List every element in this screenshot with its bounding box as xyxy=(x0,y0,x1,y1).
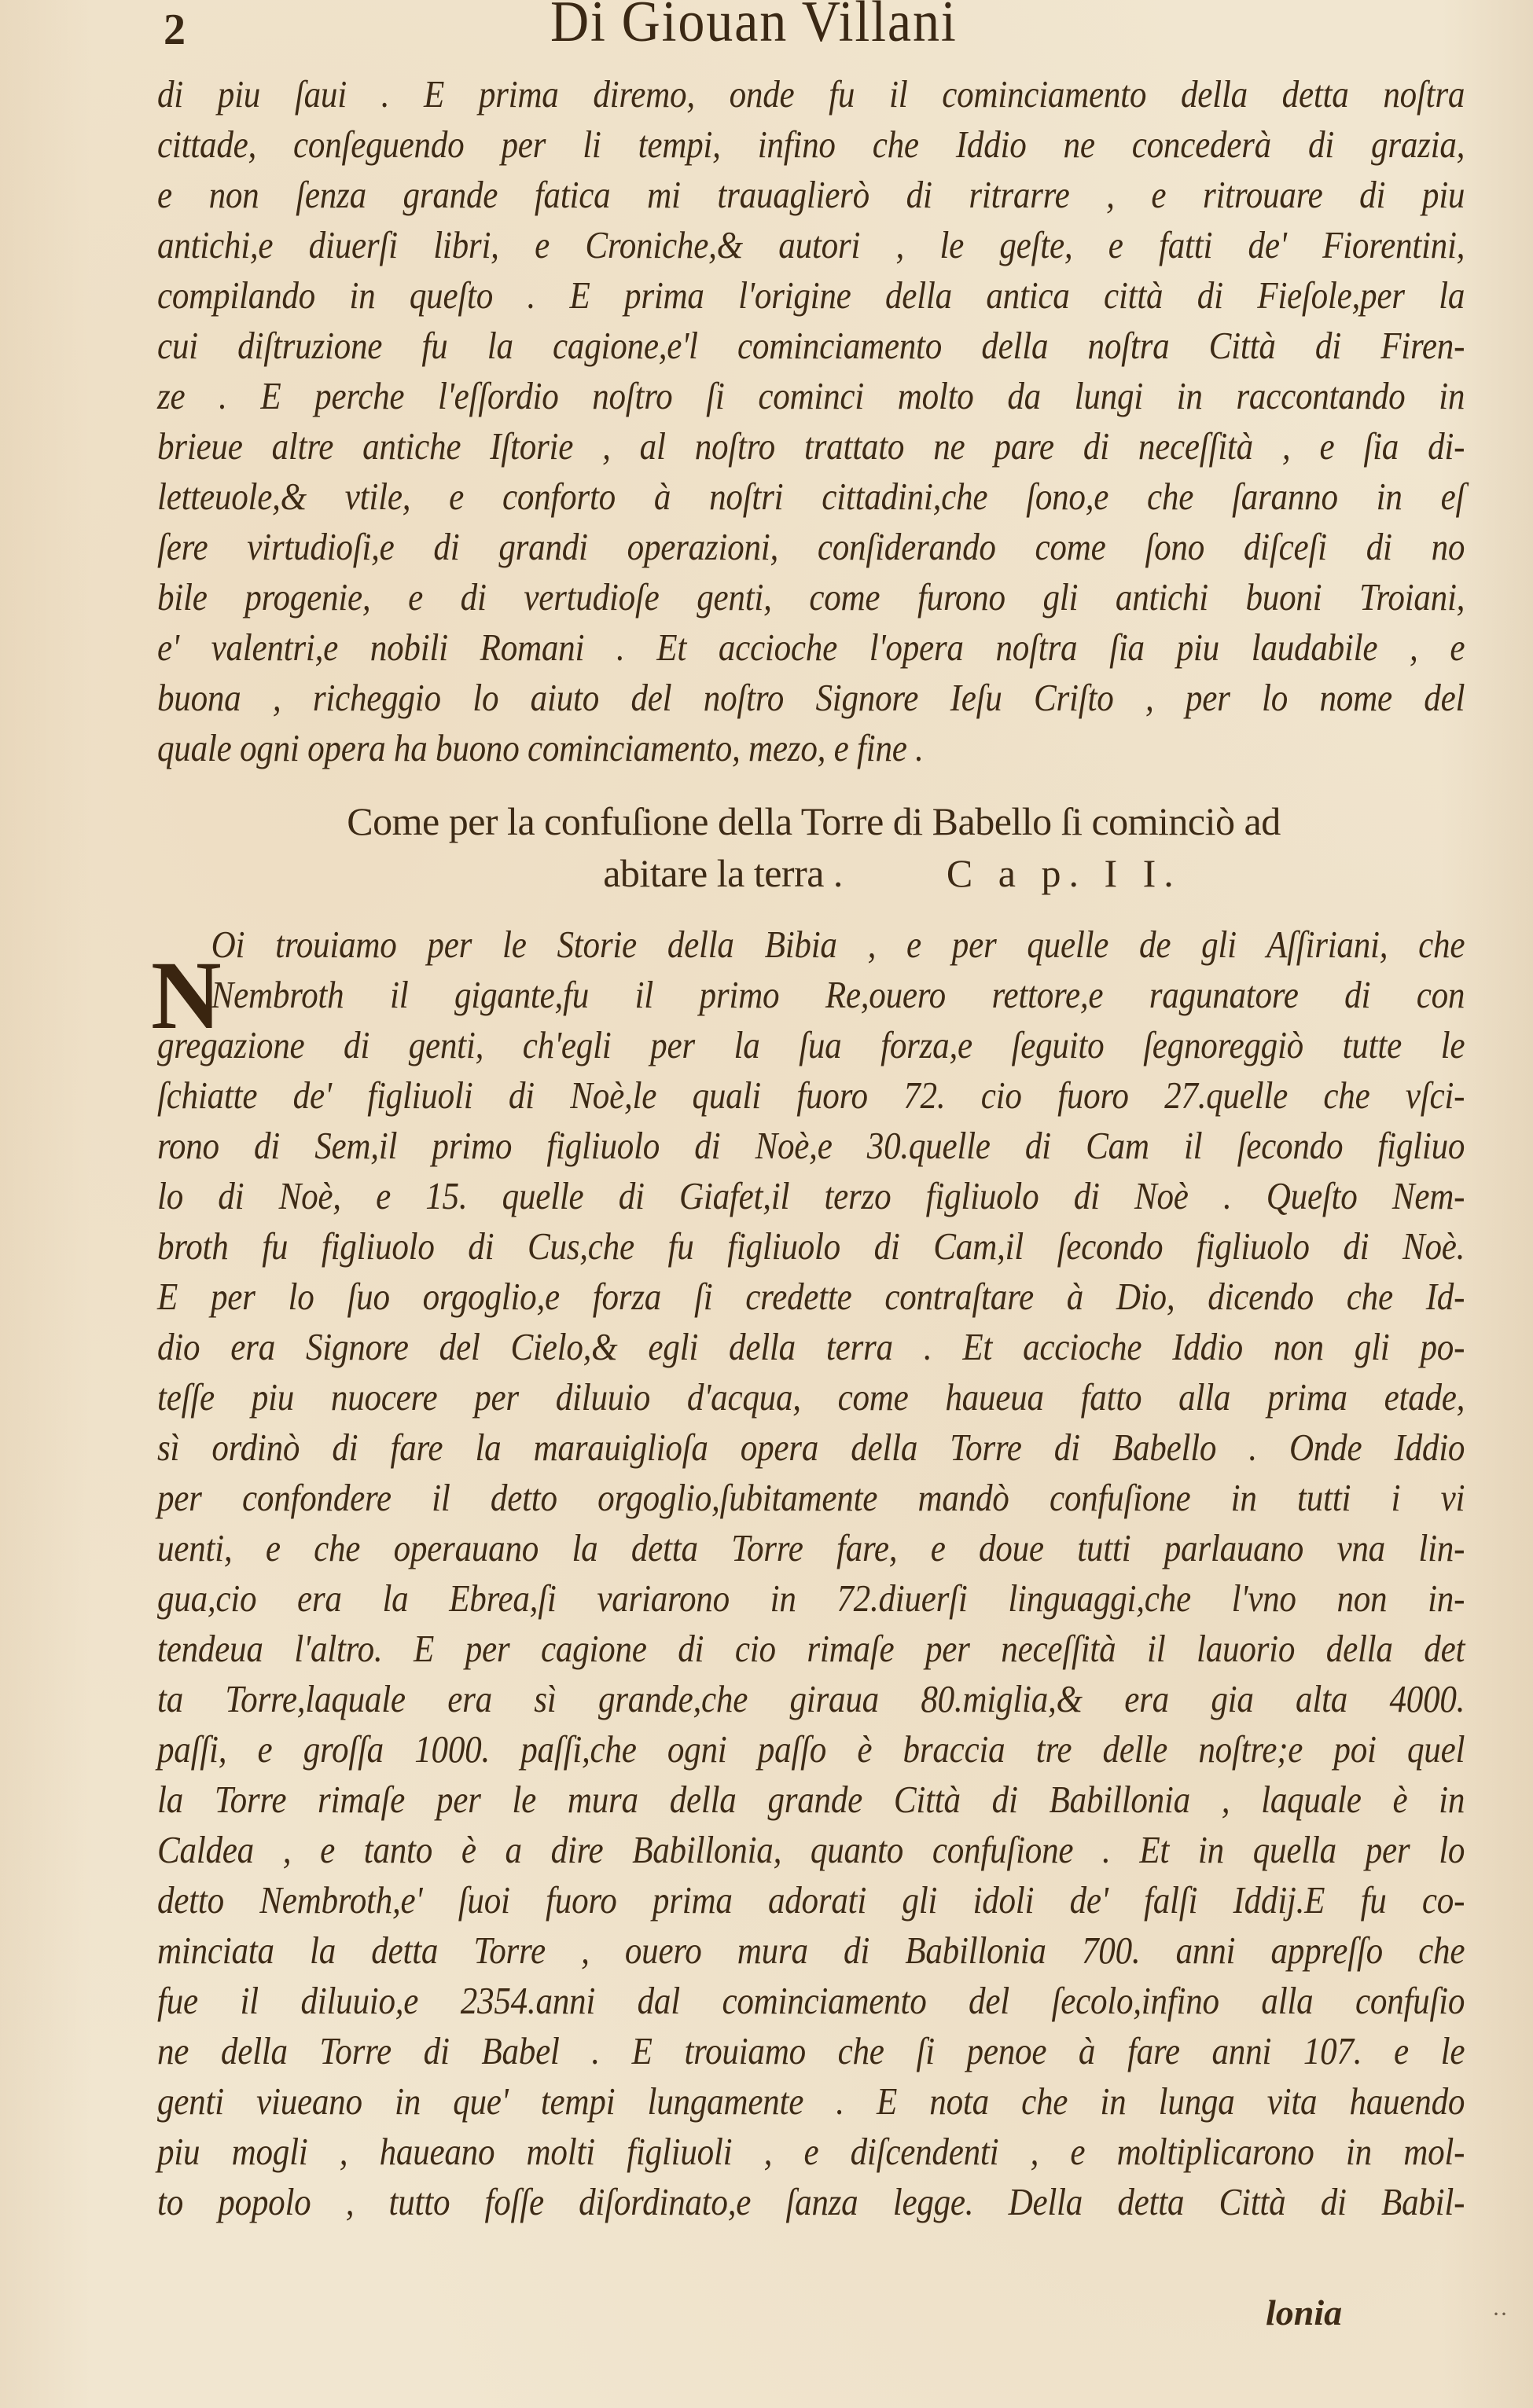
text-line: bile progenie, e di vertudioſe genti, co… xyxy=(157,572,1465,622)
book-page: ​ 2 Di Giouan Villani di piu ſaui . E pr… xyxy=(0,0,1533,2408)
text-line: letteuole,& vtile, e conforto à noſtri c… xyxy=(157,472,1465,522)
text-line: paſſi, e groſſa 1000. paſſi,che ogni paſ… xyxy=(157,1724,1465,1775)
text-line: ſere virtudioſi,e di grandi operazioni, … xyxy=(157,522,1465,572)
text-line: per confondere il detto orgoglio,ſubitam… xyxy=(157,1473,1465,1523)
text-line: gregazione di genti, ch'egli per la ſua … xyxy=(157,1020,1465,1070)
text-line: broth fu figliuolo di Cus,che fu figliuo… xyxy=(157,1221,1465,1272)
text-line: fue il diluuio,e 2354.anni dal cominciam… xyxy=(157,1976,1465,2026)
text-line: Caldea , e tanto è a dire Babillonia, qu… xyxy=(157,1825,1465,1875)
intro-paragraph: di piu ſaui . E prima diremo, onde fu il… xyxy=(157,69,1470,773)
text-line: Oi trouiamo per le Storie della Bibia , … xyxy=(157,920,1465,970)
text-line: to popolo , tutto foſſe diſordinato,e ſa… xyxy=(157,2177,1465,2227)
text-line: buona , richeggio lo aiuto del noſtro Si… xyxy=(157,673,1465,723)
text-line: E per lo ſuo orgoglio,e forza ſi credett… xyxy=(157,1272,1465,1322)
text-line: ze . E perche l'eſſordio noſtro ſi comin… xyxy=(157,371,1465,421)
text-line: uenti, e che operauano la detta Torre fa… xyxy=(157,1523,1465,1573)
running-title: Di Giouan Villani xyxy=(550,0,958,56)
text-line: di piu ſaui . E prima diremo, onde fu il… xyxy=(157,69,1465,119)
chapter-number: C a p. I I. xyxy=(947,851,1182,895)
running-head: 2 Di Giouan Villani xyxy=(0,0,1533,63)
text-line: minciata la detta Torre , ouero mura di … xyxy=(157,1925,1465,1976)
text-line: antichi,e diuerſi libri, e Croniche,& au… xyxy=(157,220,1465,270)
text-line: detto Nembroth,e' ſuoi fuoro prima adora… xyxy=(157,1875,1465,1925)
page-number: 2 xyxy=(164,5,186,55)
text-line: ne della Torre di Babel . E trouiamo che… xyxy=(157,2026,1465,2076)
text-line: e non ſenza grande fatica mi trauaglierò… xyxy=(157,170,1465,220)
chapter-title-line-2-text: abitare la terra . xyxy=(603,851,843,895)
text-line: gua,cio era la Ebrea,ſi variarono in 72.… xyxy=(157,1573,1465,1624)
text-line: cittade, conſeguendo per li tempi, infin… xyxy=(157,119,1465,170)
text-line: ta Torre,laquale era sì grande,che girau… xyxy=(157,1674,1465,1724)
catchword: lonia xyxy=(1266,2292,1342,2333)
margin-mark: ·· xyxy=(1492,2301,1508,2328)
text-line: dio era Signore del Cielo,& egli della t… xyxy=(157,1322,1465,1372)
text-line: cui diſtruzione fu la cagione,e'l cominc… xyxy=(157,321,1465,371)
text-line: tendeua l'altro. E per cagione di cio ri… xyxy=(157,1624,1465,1674)
text-line: sì ordinò di fare la marauiglioſa opera … xyxy=(157,1422,1465,1473)
text-line: brieue altre antiche Iſtorie , al noſtro… xyxy=(157,421,1465,472)
chapter-title-line-1: Come per la confuſione della Torre di Ba… xyxy=(157,795,1470,847)
text-line: la Torre rimaſe per le mura della grande… xyxy=(157,1775,1465,1825)
text-line: e' valentri,e nobili Romani . Et accioch… xyxy=(157,622,1465,673)
text-line: lo di Noè, e 15. quelle di Giafet,il ter… xyxy=(157,1171,1465,1221)
text-line: Nembroth il gigante,fu il primo Re,ouero… xyxy=(157,970,1465,1020)
text-line: rono di Sem,il primo figliuolo di Noè,e … xyxy=(157,1121,1465,1171)
text-line: ſchiatte de' figliuoli di Noè,le quali f… xyxy=(157,1070,1465,1121)
chapter-heading: Come per la confuſione della Torre di Ba… xyxy=(157,795,1470,899)
chapter-body: Oi trouiamo per le Storie della Bibia , … xyxy=(157,920,1470,2227)
text-line: piu mogli , haueano molti figliuoli , e … xyxy=(157,2127,1465,2177)
text-line: genti viueano in que' tempi lungamente .… xyxy=(157,2076,1465,2127)
text-line: teſſe piu nuocere per diluuio d'acqua, c… xyxy=(157,1372,1465,1422)
text-line: compilando in queſto . E prima l'origine… xyxy=(157,270,1465,321)
text-line: quale ogni opera ha buono cominciamento,… xyxy=(157,723,1465,773)
chapter-title-line-2: abitare la terra . C a p. I I. xyxy=(157,847,1470,899)
